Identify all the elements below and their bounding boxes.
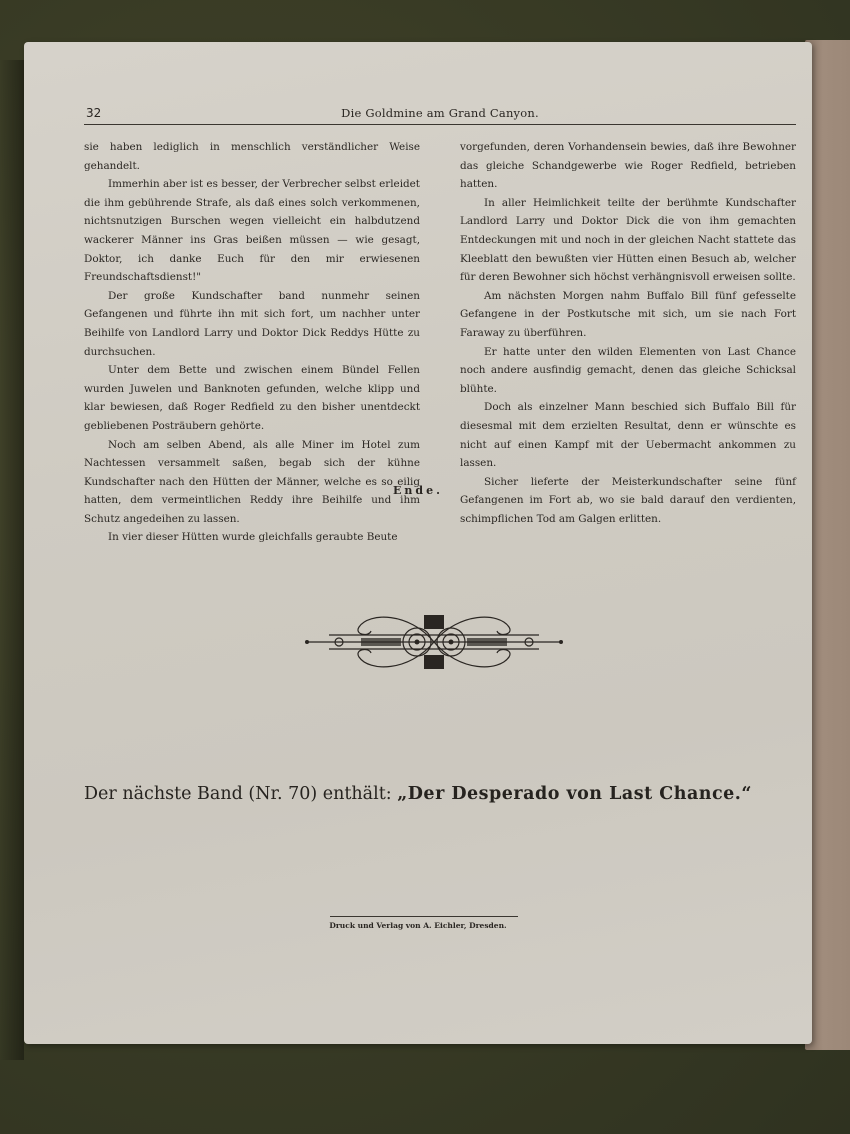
paragraph: Am nächsten Morgen nahm Buffalo Bill fün… [460,287,796,343]
paragraph: sie haben lediglich in menschlich verstä… [84,138,420,175]
end-mark: Ende. [24,484,812,497]
ornament-vignette-icon [299,607,569,677]
paragraph: Er hatte unter den wilden Elementen von … [460,343,796,399]
paragraph: Der große Kundschafter band nunmehr sein… [84,287,420,361]
paragraph: Immerhin aber ist es besser, der Verbrec… [84,175,420,287]
book-page: 32 Die Goldmine am Grand Canyon. sie hab… [24,42,812,1044]
running-title: Die Goldmine am Grand Canyon. [84,106,796,120]
imprint: Druck und Verlag von A. Eichler, Dresden… [24,921,812,930]
paragraph: In vier dieser Hütten wurde gleichfalls … [84,528,420,547]
next-volume-title: „Der Desperado von Last Chance.“ [397,784,752,804]
next-volume-prefix: Der nächste Band (Nr. 70) enthält: [84,784,397,804]
paragraph: In aller Heimlichkeit teilte der berühmt… [460,194,796,287]
paragraph: Doch als einzelner Mann beschied sich Bu… [460,398,796,472]
paragraph: Sicher lieferte der Meisterkundschafter … [460,473,796,529]
page-header: 32 Die Goldmine am Grand Canyon. [84,104,796,125]
imprint-divider [330,916,518,917]
shadow [0,60,24,1060]
paragraph: Unter dem Bette und zwischen einem Bünde… [84,361,420,435]
paragraph: vorgefunden, deren Vorhandensein bewies,… [460,138,796,194]
next-volume-notice: Der nächste Band (Nr. 70) enthält: „Der … [24,784,812,804]
paragraph: Noch am selben Abend, als alle Miner im … [84,436,420,529]
